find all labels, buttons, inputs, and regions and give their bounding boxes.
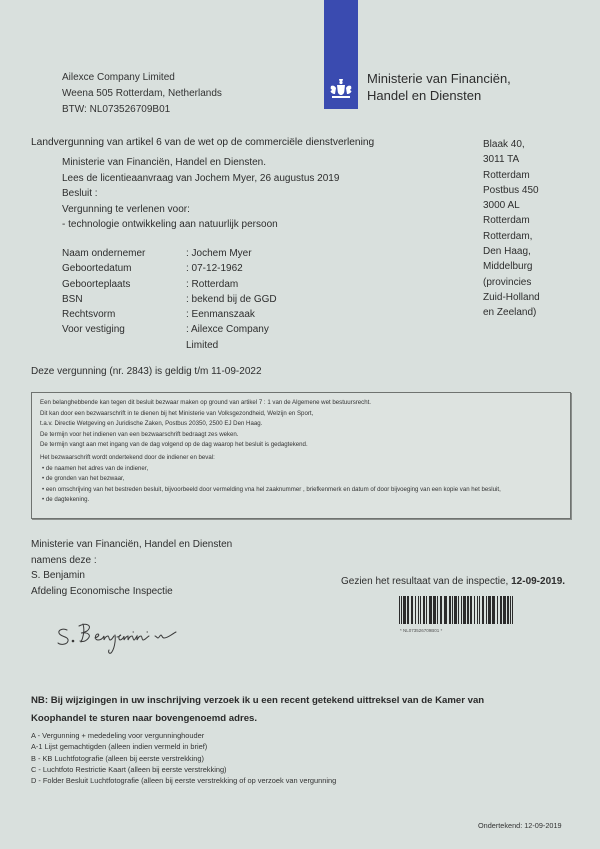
signer-on-behalf: namens deze :	[31, 553, 232, 569]
signed-date: Ondertekend: 12-09-2019	[478, 821, 562, 830]
detail-value: : Jochem Myer	[186, 246, 296, 261]
intro-line: Lees de licentieaanvraag van Jochem Myer…	[62, 171, 339, 187]
sender-block: Ailexce Company Limited Weena 505 Rotter…	[62, 70, 222, 118]
notice-content: Een belanghebbende kan tegen dit besluit…	[40, 398, 501, 506]
intro-line: - technologie ontwikkeling aan natuurlij…	[62, 217, 339, 233]
address-line: Rotterdam,	[483, 229, 593, 244]
enclosure-item: A-1 Lijst gemachtigden (alleen indien ve…	[31, 741, 336, 752]
inspection-statement: Gezien het resultaat van de inspectie, 1…	[341, 576, 565, 587]
detail-label: Geboorteplaats	[62, 277, 186, 292]
notice-bullet: • de gronden van het bezwaar,	[40, 474, 501, 485]
detail-label: Rechtsvorm	[62, 307, 186, 322]
enclosure-item: C - Luchtfoto Restrictie Kaart (alleen b…	[31, 764, 336, 775]
detail-row: BSN: bekend bij de GGD	[62, 292, 296, 307]
address-line: (provincies	[483, 275, 593, 290]
barcode-icon	[399, 596, 513, 624]
address-line: Rotterdam	[483, 168, 593, 183]
ministry-name-line1: Ministerie van Financiën,	[367, 70, 511, 87]
address-line: 3000 AL	[483, 198, 593, 213]
notice-bullet: • de naamen het adres van de indiener,	[40, 464, 501, 475]
nb-note: NB: Bij wijzigingen in uw inschrijving v…	[31, 692, 484, 728]
detail-row: Rechtsvorm: Eenmanszaak	[62, 307, 296, 322]
enclosure-item: B - KB Luchtfotografie (alleen bij eerst…	[31, 753, 336, 764]
bullet-icon: •	[42, 475, 44, 482]
barcode-caption: * NL073526709B01 *	[400, 628, 442, 633]
sender-vat: BTW: NL073526709B01	[62, 102, 222, 118]
signer-name: S. Benjamin	[31, 568, 232, 584]
nb-line1: NB: Bij wijzigingen in uw inschrijving v…	[31, 692, 484, 710]
ministry-name-line2: Handel en Diensten	[367, 87, 511, 104]
bullet-icon: •	[42, 496, 44, 503]
bullet-icon: •	[42, 465, 44, 472]
inspection-text: Gezien het resultaat van de inspectie,	[341, 576, 511, 587]
address-line: Zuid-Holland	[483, 290, 593, 305]
address-line: Middelburg	[483, 259, 593, 274]
handwritten-signature	[55, 610, 265, 665]
address-line: en Zeeland)	[483, 305, 593, 320]
enclosures-list: A - Vergunning + mededeling voor vergunn…	[31, 730, 336, 786]
address-line: Blaak 40,	[483, 137, 593, 152]
address-line: 3011 TA	[483, 152, 593, 167]
objection-notice-box: Een belanghebbende kan tegen dit besluit…	[31, 392, 571, 519]
notice-bullet: • de dagtekening.	[40, 495, 501, 506]
notice-paragraph: Dit kan door een bezwaarschrift in te di…	[40, 409, 501, 420]
intro-block: Ministerie van Financiën, Handel en Dien…	[62, 155, 339, 233]
ministry-name: Ministerie van Financiën, Handel en Dien…	[367, 70, 511, 104]
inspection-date: 12-09-2019.	[511, 576, 565, 587]
detail-label: Naam ondernemer	[62, 246, 186, 261]
royal-coat-of-arms-icon	[324, 78, 358, 103]
address-line: Rotterdam	[483, 213, 593, 228]
detail-value: : Eenmanszaak	[186, 307, 296, 322]
document-heading: Landvergunning van artikel 6 van de wet …	[31, 137, 374, 148]
notice-paragraph: t.a.v. Directie Wetgeving en Juridische …	[40, 419, 501, 430]
intro-line: Besluit :	[62, 186, 339, 202]
address-line: Den Haag,	[483, 244, 593, 259]
notice-paragraph: De termijn voor het indienen van een bez…	[40, 430, 501, 441]
detail-value: : 07-12-1962	[186, 261, 296, 276]
detail-label: Voor vestiging	[62, 322, 186, 353]
bullet-icon: •	[42, 486, 44, 493]
enclosure-item: A - Vergunning + mededeling voor vergunn…	[31, 730, 336, 741]
sender-company: Ailexce Company Limited	[62, 70, 222, 86]
detail-row: Geboortedatum: 07-12-1962	[62, 261, 296, 276]
signer-ministry: Ministerie van Financiën, Handel en Dien…	[31, 537, 232, 553]
notice-paragraph: De termijn vangt aan met ingang van de d…	[40, 440, 501, 451]
ministry-logo-bar	[324, 0, 358, 109]
notice-paragraph: Een belanghebbende kan tegen dit besluit…	[40, 398, 501, 409]
intro-line: Vergunning te verlenen voor:	[62, 202, 339, 218]
sender-address: Weena 505 Rotterdam, Netherlands	[62, 86, 222, 102]
detail-value: : bekend bij de GGD	[186, 292, 296, 307]
detail-row: Voor vestiging: Ailexce Company Limited	[62, 322, 296, 353]
intro-line: Ministerie van Financiën, Handel en Dien…	[62, 155, 339, 171]
detail-value: : Rotterdam	[186, 277, 296, 292]
signer-block: Ministerie van Financiën, Handel en Dien…	[31, 537, 232, 599]
detail-row: Naam ondernemer: Jochem Myer	[62, 246, 296, 261]
ministry-address-block: Blaak 40, 3011 TA Rotterdam Postbus 450 …	[483, 137, 593, 321]
signer-department: Afdeling Economische Inspectie	[31, 584, 232, 600]
detail-label: BSN	[62, 292, 186, 307]
detail-label: Geboortedatum	[62, 261, 186, 276]
detail-row: Geboorteplaats: Rotterdam	[62, 277, 296, 292]
license-validity: Deze vergunning (nr. 2843) is geldig t/m…	[31, 366, 262, 377]
notice-list-intro: Het bezwaarschrift wordt ondertekend doo…	[40, 453, 501, 464]
enclosure-item: D - Folder Besluit Luchtfotografie (alle…	[31, 775, 336, 786]
notice-bullet: • een omschrijving van het bestreden bes…	[40, 485, 501, 496]
nb-line2: Koophandel te sturen naar bovengenoemd a…	[31, 710, 484, 728]
applicant-details: Naam ondernemer: Jochem Myer Geboortedat…	[62, 246, 296, 353]
detail-value: : Ailexce Company Limited	[186, 322, 296, 353]
address-line: Postbus 450	[483, 183, 593, 198]
